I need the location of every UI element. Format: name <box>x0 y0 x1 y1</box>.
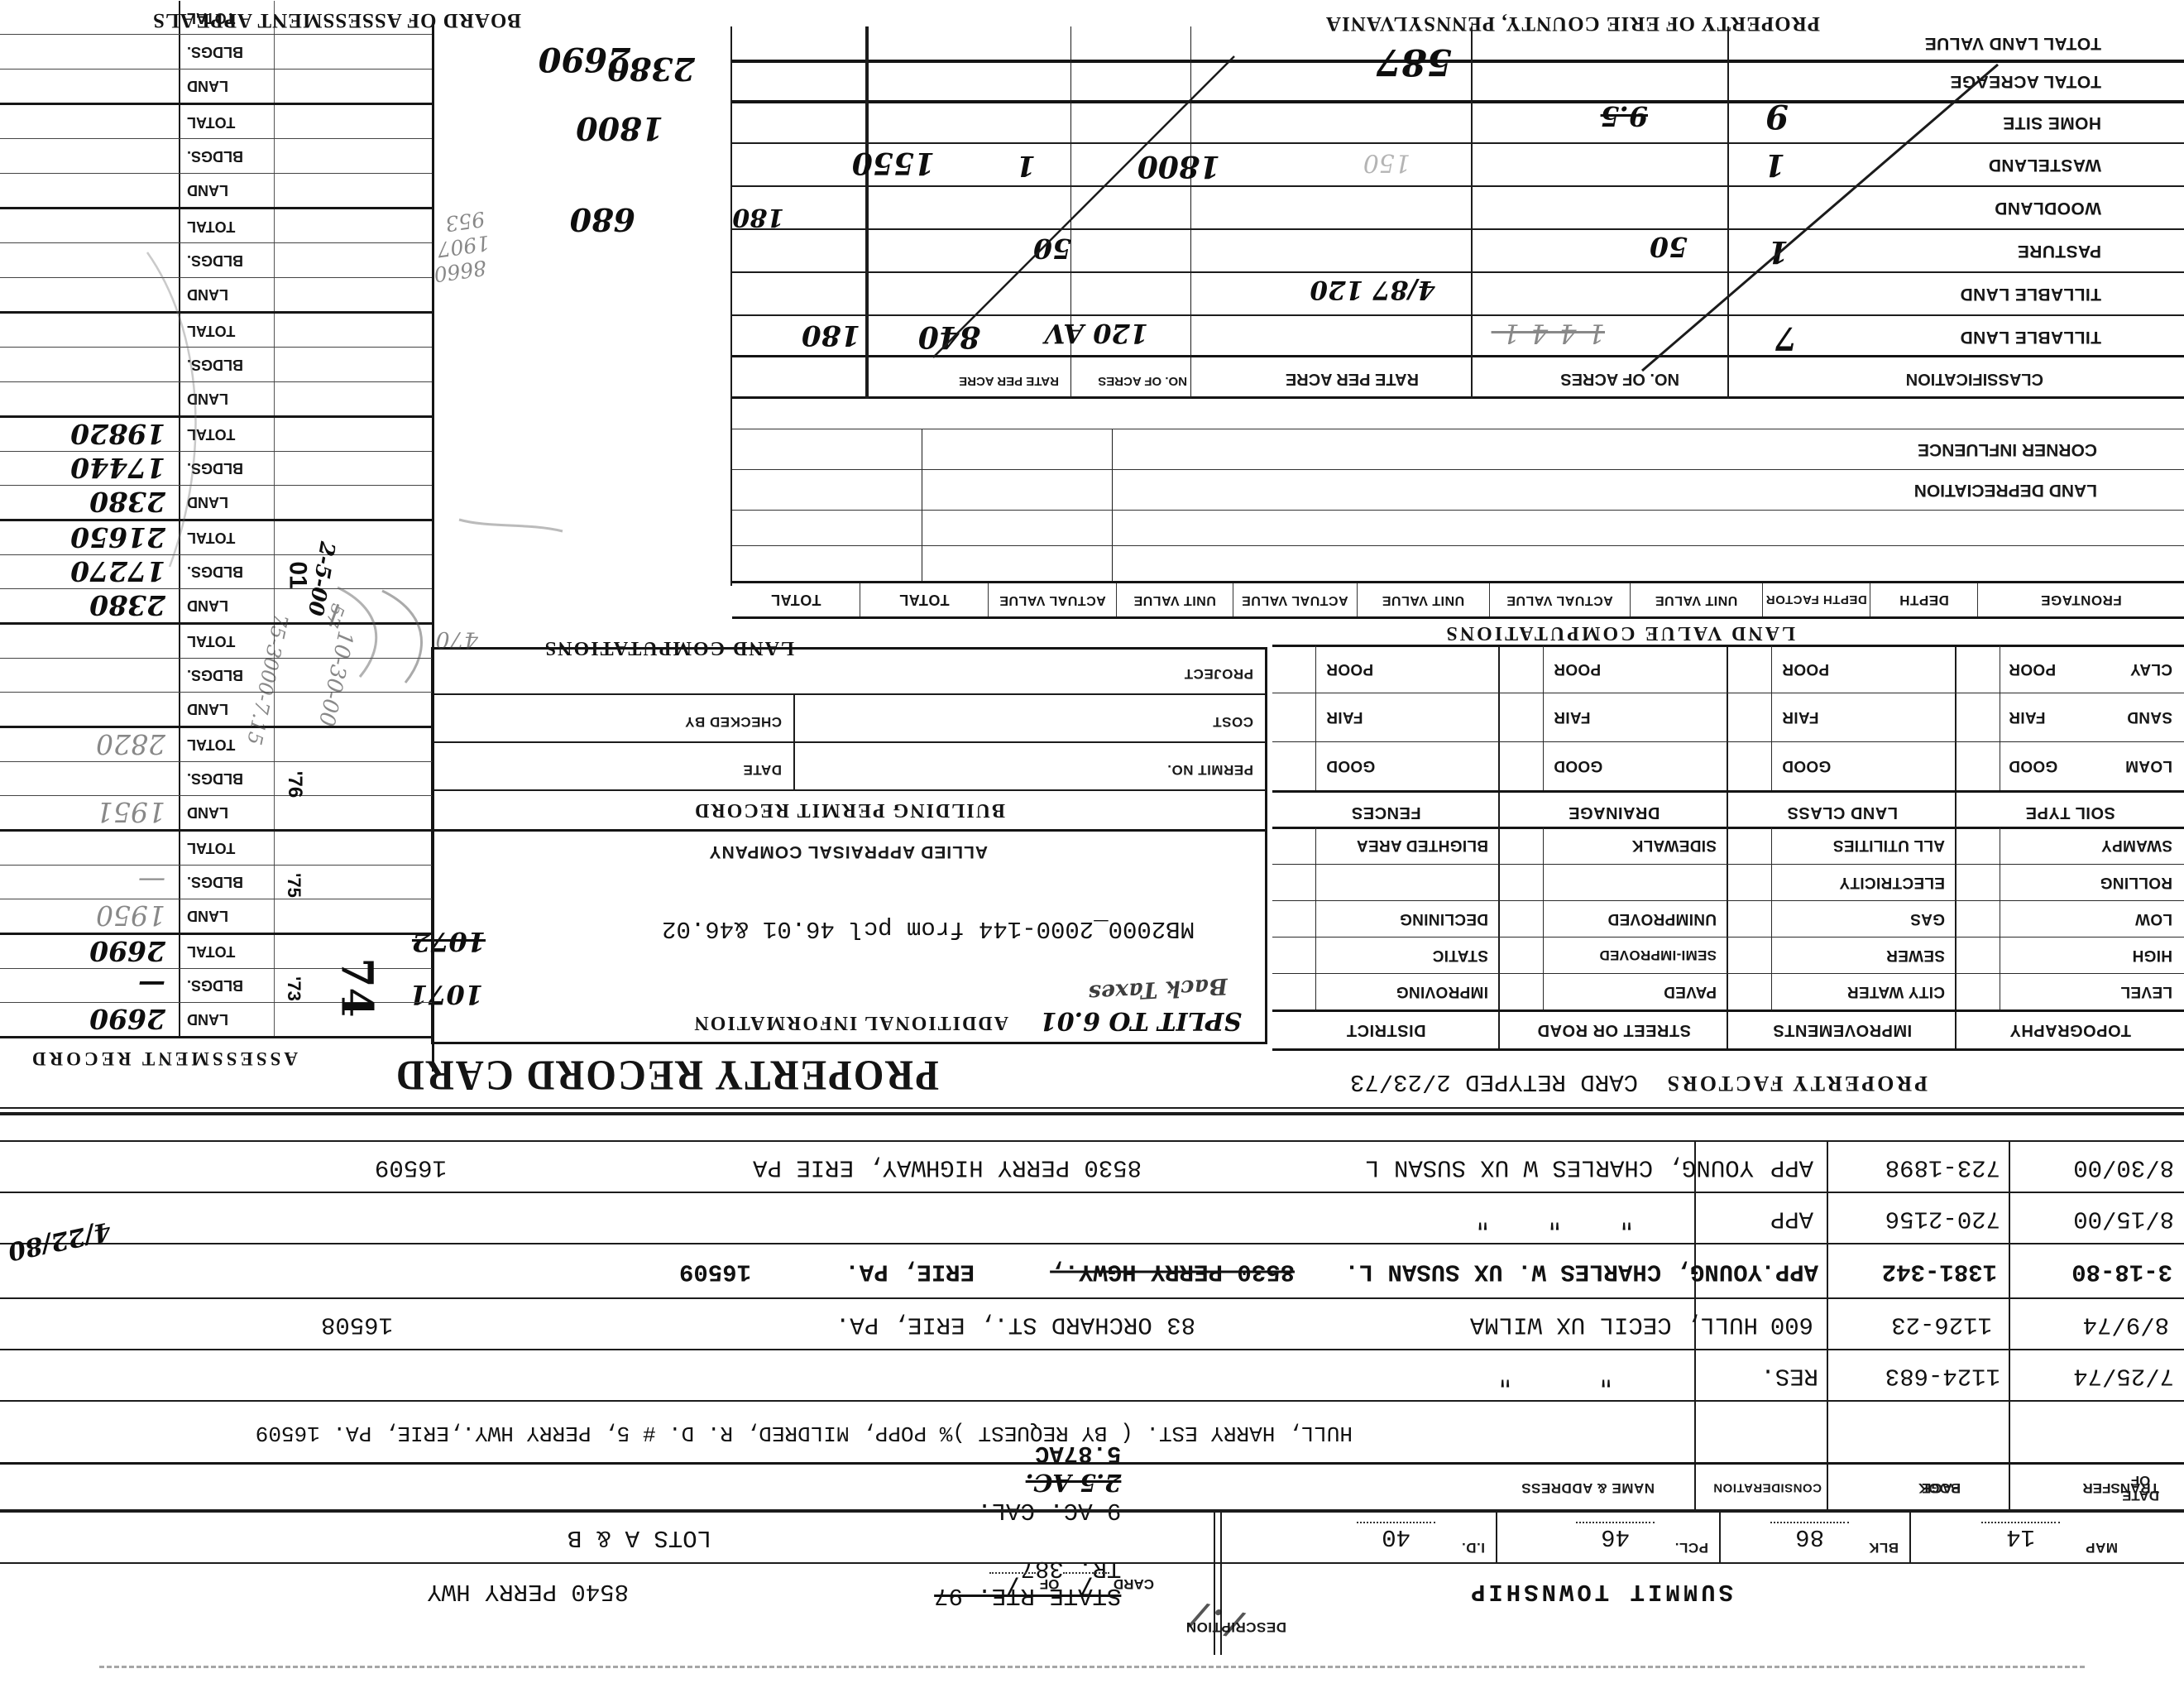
transfer-consideration: 600 <box>1770 1312 1813 1339</box>
permit-checked-by-label: CHECKED BY <box>685 714 782 730</box>
transfer-table: DATE OFTRANSFER BOOKPAGE CONSIDERATION N… <box>0 1105 2184 1511</box>
lvc-h-depth: DEPTH <box>1870 583 1977 616</box>
transfer-h-consideration: CONSIDERATION <box>1713 1481 1822 1495</box>
factor-semi-improved-checkbox <box>1500 938 1544 973</box>
land-class-fair: FAIR <box>1772 710 1956 726</box>
lvc-h-total-2: TOTAL <box>732 583 860 616</box>
lvc-h-frontage: FRONTAGE <box>1977 583 2184 616</box>
pcl-label: PCL. <box>1674 1539 1708 1556</box>
land-value-computations-title: LAND VALUE COMPUTATIONS <box>1444 621 1795 644</box>
building-permit-record-title: BUILDING PERMIT RECORD <box>693 799 1005 822</box>
lvc-h-depth-factor: DEPTH FACTOR <box>1762 583 1870 616</box>
lvc-body-row <box>732 510 2184 545</box>
factor-improving-checkbox <box>1272 974 1316 1009</box>
additional-information-title: ADDITIONAL INFORMATION <box>692 1011 1008 1033</box>
transfer-row: 8/15/00 720-2156 APP " " " <box>0 1192 2184 1244</box>
additional-information-box: SPLIT TO 6.01 ADDITIONAL INFORMATION Bac… <box>431 829 1267 1044</box>
street-header: STREET OR ROAD <box>1500 1009 1728 1048</box>
lots-note: LOTS A & B <box>568 1524 711 1551</box>
assessment-year-01: 01 <box>283 561 311 588</box>
factor-city-water-checkbox <box>1728 974 1772 1009</box>
hw-woodland-acres: 1 <box>1768 234 1789 269</box>
property-record-card: DESCRIPTION STATE RTE. 97 TR. 387 8540 P… <box>0 0 2184 1688</box>
factor-paved: PAVED <box>1544 984 1728 1000</box>
card-retyped-note: CARD RETYPED 2/23/73 <box>1350 1068 1638 1096</box>
drainage-good: GOOD <box>1544 759 1728 774</box>
row-tillable-land-2: TILLABLE LAND <box>732 271 2184 314</box>
parcel-id-row: MAP 14 BLK 86 PCL. 46 I.D. 40 <box>1224 1513 2184 1562</box>
drainage-header: DRAINAGE <box>1500 790 1728 832</box>
hw-homesite-rate2: 1800 <box>1137 149 1220 184</box>
transfer-book: 1124-683 <box>1885 1363 2000 1390</box>
hw-box-1800: 1800 <box>576 110 663 147</box>
assessment-group-76: '76 LAND1951 BLDGS. TOTAL2820 <box>0 726 432 829</box>
transfer-zip: 16509 <box>679 1259 751 1286</box>
assessment-land-value: 1951 <box>0 796 179 829</box>
hw-tillable-rate-struck: 1441 <box>1492 318 1605 349</box>
transfer-book: 1381-342 <box>1882 1259 1997 1286</box>
hw-homesite-acres: 1 <box>1765 147 1785 182</box>
mb2000-typed-line: MB2000_2000-144 from pcl 46.01 &46.02 <box>662 915 1195 942</box>
cursive-note-hw: Back Taxes <box>1088 973 1228 1006</box>
factor-unimproved-checkbox <box>1500 901 1544 937</box>
drainage-fair: FAIR <box>1544 710 1728 726</box>
soil-loam-rating: GOOD <box>2000 759 2096 774</box>
factor-improving: IMPROVING <box>1316 984 1500 1000</box>
hw-total-acres: 9 <box>1765 97 1789 136</box>
soil-table: SOIL TYPE LOAMGOOD SANDFAIR CLAYPOOR LAN… <box>1272 645 2184 832</box>
factor-blighted-area: BLIGHTED AREA <box>1316 838 1500 854</box>
fences-poor: POOR <box>1316 661 1500 677</box>
of-number-hw: / <box>989 1572 1036 1599</box>
factor-sewer-checkbox <box>1728 938 1772 973</box>
card-number-hw: / <box>1063 1572 1109 1599</box>
assessment-year-73: '73 <box>283 976 304 1001</box>
of-label: OF <box>1040 1576 1060 1592</box>
land-class-header: LAND CLASS <box>1728 790 1956 832</box>
assessment-group-01: 01 2-5-00 57 LAND2380 BLDGS.17270 TOTAL2… <box>0 519 432 622</box>
transfer-date: 3-18-80 <box>2071 1259 2172 1286</box>
lvc-h-actual-value-3: ACTUAL VALUE <box>988 583 1116 616</box>
assessment-group-empty: LAND BLDGS. TOTAL <box>0 103 432 207</box>
improvements-column: IMPROVEMENTS CITY WATER SEWER GAS ELECTR… <box>1727 829 1956 1048</box>
transfer-name: YOUNG, CHARLES W UX SUSAN L <box>1365 1154 1754 1182</box>
assessment-total-value <box>0 832 179 865</box>
split-note-hw: SPLIT TO 6.01 <box>1040 1006 1242 1035</box>
id-label: I.D. <box>1462 1539 1485 1556</box>
transfer-address-struck: 8530 PERRY HGWY., <box>1050 1259 1295 1286</box>
class-h-acres-1: NO. OF ACRES <box>1560 369 1679 388</box>
transfer-zip: 16509 <box>375 1154 447 1182</box>
hw-total-land-rate: 587 <box>1376 41 1452 83</box>
improvements-header: IMPROVEMENTS <box>1728 1009 1956 1048</box>
assessment-group-empty: LAND BLDGS. TOTAL <box>0 207 432 311</box>
topography-column: TOPOGRAPHY LEVEL HIGH LOW ROLLING SWAMPY <box>1955 829 2184 1048</box>
transfer-consideration: APP <box>1770 1206 1813 1233</box>
transfer-date: 8/15/00 <box>2073 1206 2174 1233</box>
factor-rolling-checkbox <box>1956 865 2000 900</box>
hw-card-scribble: / . / <box>1188 1596 1245 1646</box>
building-permit-record-box: BUILDING PERMIT RECORD PERMIT NO. DATE C… <box>431 647 1267 832</box>
factor-city-water: CITY WATER <box>1772 984 1956 1000</box>
soil-sand-rating: FAIR <box>2000 710 2096 726</box>
lvc-h-actual-value-1: ACTUAL VALUE <box>1489 583 1630 616</box>
permit-project-label: PROJECT <box>1184 666 1253 682</box>
assessment-year-76: '76 <box>283 771 306 798</box>
factor-low: LOW <box>2000 911 2184 927</box>
land-class-poor: POOR <box>1772 661 1956 677</box>
blk-label: BLK <box>1869 1539 1899 1556</box>
lvc-h-actual-value-2: ACTUAL VALUE <box>1233 583 1357 616</box>
hw-total-acres-struck: 9.5 <box>1601 100 1648 132</box>
transfer-row: 3-18-80 1381-342 APP. YOUNG, CHARLES W. … <box>0 1243 2184 1299</box>
hw-woodland-rate: 50 <box>1650 231 1688 263</box>
land-class-column: LAND CLASS GOOD FAIR POOR <box>1727 647 1956 832</box>
class-h-classification: CLASSIFICATION <box>1906 369 2043 388</box>
factor-level: LEVEL <box>2000 984 2184 1000</box>
factor-high: HIGH <box>2000 947 2184 963</box>
drainage-poor: POOR <box>1544 661 1728 677</box>
hw-homesite-acres2: 1 <box>1016 149 1036 182</box>
transfer-address: 8530 PERRY HIGHWAY, ERIE PA <box>753 1154 1142 1182</box>
soil-loam: LOAM <box>2096 759 2184 774</box>
street-column: STREET OR ROAD PAVED SEMI-IMPROVED UNIMP… <box>1498 829 1728 1048</box>
factor-static: STATIC <box>1316 947 1500 963</box>
factor-electricity: ELECTRICITY <box>1772 875 1956 890</box>
footer-board: BOARD OF ASSESSMENT APPEALS <box>152 8 521 31</box>
class-h-rate-2: RATE PER ACRE <box>959 374 1059 388</box>
district-header: DISTRICT <box>1272 1009 1500 1048</box>
assessment-year-75: '75 <box>283 873 304 898</box>
lvc-h-total-1: TOTAL <box>860 583 988 616</box>
soil-type-header: SOIL TYPE <box>1956 790 2184 832</box>
land-computations-title: LAND COMPUTATIONS <box>544 636 794 659</box>
soil-sand: SAND <box>2096 710 2184 726</box>
factor-swampy: SWAMPY <box>2000 838 2184 854</box>
fences-column: FENCES GOOD FAIR POOR <box>1272 647 1500 832</box>
hw-homesite-val: 1550 <box>852 146 935 180</box>
transfer-address: ERIE, PA. <box>845 1259 975 1286</box>
fences-good: GOOD <box>1316 759 1500 774</box>
assessment-bldgs-value: 17270 <box>0 555 179 588</box>
class-h-rate-1: RATE PER ACRE <box>1286 369 1419 388</box>
transfer-book: 720-2156 <box>1885 1206 2000 1233</box>
assessment-land-value: 1950 <box>0 899 179 933</box>
property-record-card-title: PROPERTY RECORD CARD <box>395 1050 939 1099</box>
factor-electricity-checkbox <box>1728 865 1772 900</box>
factor-declining: DECLINING <box>1316 911 1500 927</box>
lvc-corner-influence-row: CORNER INFLUENCE <box>732 429 2184 469</box>
district-column: DISTRICT IMPROVING STATIC DECLINING BLIG… <box>1272 829 1500 1048</box>
map-value: 14 <box>1981 1522 2060 1551</box>
assessment-land-value: 2380 <box>0 486 179 519</box>
assessment-total-value: 19820 <box>0 418 179 451</box>
transfer-consideration: RES. <box>1760 1363 1818 1390</box>
top-dashed-edge <box>99 1666 2085 1668</box>
factor-blighted-area-checkbox <box>1272 827 1316 864</box>
class-h-acres-2: NO. OF ACRES <box>1098 374 1187 388</box>
assessment-land-value: 2380 <box>0 589 179 622</box>
fences-header: FENCES <box>1272 790 1500 832</box>
transfer-zip: 16508 <box>321 1312 393 1339</box>
map-label: MAP <box>2086 1539 2118 1556</box>
hw-box-680: 680 <box>570 201 635 238</box>
id-value: 40 <box>1357 1522 1435 1551</box>
lvc-h-unit-value-1: UNIT VALUE <box>1630 583 1762 616</box>
assessment-group-75: '75 LAND1950 BLDGS.— TOTAL <box>0 829 432 933</box>
transfer-date: 8/30/00 <box>2073 1154 2174 1182</box>
land-class-good: GOOD <box>1772 759 1956 774</box>
assessment-bldgs-value <box>0 762 179 795</box>
factor-paved-checkbox <box>1500 974 1544 1009</box>
scanned-card-stage: DESCRIPTION STATE RTE. 97 TR. 387 8540 P… <box>0 0 2184 1688</box>
factor-static-checkbox <box>1272 938 1316 973</box>
land-depreciation-label: LAND DEPRECIATION <box>1914 480 2097 500</box>
card-label: CARD <box>1114 1576 1154 1592</box>
hw-homesite-rate-faint: 150 <box>1363 148 1410 177</box>
pcl-value: 46 <box>1576 1522 1655 1551</box>
card-of-field: CARD / OF / <box>989 1572 1154 1599</box>
transfer-row: 7/25/74 1124-683 RES. " " <box>0 1349 2184 1402</box>
fences-fair: FAIR <box>1316 710 1500 726</box>
factor-rolling: ROLLING <box>2000 875 2184 890</box>
blk-value: 86 <box>1770 1522 1849 1551</box>
property-factors-grid: TOPOGRAPHY LEVEL HIGH LOW ROLLING SWAMPY… <box>1272 827 2184 1051</box>
lvc-h-unit-value-2: UNIT VALUE <box>1357 583 1489 616</box>
soil-clay-rating: POOR <box>2000 661 2096 677</box>
transfer-book: 1126-23 <box>1891 1312 1992 1339</box>
transfer-row: HULL, HARRY EST. ( BY REQUEST )% POPP, M… <box>0 1400 2184 1465</box>
permit-date-label: DATE <box>743 762 782 778</box>
assessment-group-empty: LAND BLDGS. TOTAL <box>0 311 432 415</box>
transfer-ditto: " " " <box>1476 1206 1634 1233</box>
transfer-header-row: DATE OFTRANSFER BOOKPAGE CONSIDERATION N… <box>0 1462 2184 1511</box>
permit-no-label: PERMIT NO. <box>1167 762 1253 778</box>
assessment-total-value: 2690 <box>0 935 179 968</box>
row-total-acreage: TOTAL ACREAGE <box>732 60 2184 100</box>
corner-influence-label: CORNER INFLUENCE <box>1918 439 2097 459</box>
factor-level-checkbox <box>1956 974 2000 1009</box>
transfer-row: 8/9/74 1126-23 600 HULL, CECIL UX WILMA … <box>0 1297 2184 1350</box>
factor-high-checkbox <box>1956 938 2000 973</box>
transfer-date: 8/9/74 <box>2083 1312 2169 1339</box>
hw-tillable-acres: 7 <box>1775 320 1797 357</box>
footer-county: PROPERTY OF ERIE COUNTY, PENNSYLVANIA <box>1325 12 1820 35</box>
factor-all-utilities: ALL UTILITIES <box>1772 838 1956 854</box>
factor-all-utilities-checkbox <box>1728 827 1772 864</box>
transfer-consideration: APP. <box>1760 1259 1818 1286</box>
allied-appraisal-company: ALLIED APPRAISAL COMPANY <box>709 842 988 861</box>
factor-declining-checkbox <box>1272 901 1316 937</box>
factor-sidewalk-checkbox <box>1500 827 1544 864</box>
factor-swampy-checkbox <box>1956 827 2000 864</box>
transfer-date: 7/25/74 <box>2073 1363 2174 1390</box>
lvc-body-row <box>732 545 2184 581</box>
row-wasteland: WASTELAND <box>732 142 2184 185</box>
assessment-bldgs-value: 17440 <box>0 452 179 485</box>
transfer-address: 83 ORCHARD ST., ERIE, PA. <box>836 1312 1195 1339</box>
assessment-total-value: 21650 <box>0 521 179 554</box>
hw-tillable-val1: 840 <box>918 319 980 354</box>
lvc-table: FRONTAGE DEPTH DEPTH FACTOR UNIT VALUE A… <box>732 399 2184 619</box>
hw-box-2380: 2380 <box>607 50 695 88</box>
hw-tillable-rate2: 120 AV <box>1045 318 1148 349</box>
hw-woodland-val: 50 <box>1033 233 1071 265</box>
lvc-h-unit-value-3: UNIT VALUE <box>1116 583 1232 616</box>
row-woodland: WOODLAND <box>732 185 2184 228</box>
assessment-total-value: 2820 <box>0 728 179 761</box>
hw-pasture-note: 4/87 120 <box>1310 275 1435 305</box>
factor-gas-checkbox <box>1728 901 1772 937</box>
transfer-name: HULL, CECIL UX WILMA <box>1470 1312 1758 1339</box>
factor-sewer: SEWER <box>1772 947 1956 963</box>
drainage-column: DRAINAGE GOOD FAIR POOR <box>1498 647 1728 832</box>
hw-tillable-val2: 180 <box>802 319 860 352</box>
property-factors-title: PROPERTY FACTORS <box>1665 1071 1928 1096</box>
transfer-consideration: APP <box>1770 1154 1813 1182</box>
soil-clay: CLAY <box>2096 661 2184 677</box>
factor-low-checkbox <box>1956 901 2000 937</box>
transfer-name: HULL, HARRY EST. ( BY REQUEST )% POPP, M… <box>256 1421 1353 1446</box>
transfer-book: 723-1898 <box>1885 1154 2000 1182</box>
factor-gas: GAS <box>1772 911 1956 927</box>
assessment-group-19820: LAND2380 BLDGS.17440 TOTAL19820 <box>0 415 432 519</box>
hw-box-180: 180 <box>732 203 784 232</box>
assessment-land-value: 2690 <box>0 1003 179 1036</box>
hw-box-470: 470 <box>435 626 478 652</box>
permit-cost-label: COST <box>1213 714 1253 730</box>
transfer-name: YOUNG, CHARLES W. UX SUSAN L. <box>1344 1259 1762 1286</box>
soil-type-column: SOIL TYPE LOAMGOOD SANDFAIR CLAYPOOR <box>1955 647 2184 832</box>
transfer-row: 8/30/00 723-1898 APP YOUNG, CHARLES W UX… <box>0 1140 2184 1193</box>
factor-sidewalk: SIDEWALK <box>1544 838 1728 854</box>
row-pasture: PASTURE <box>732 228 2184 271</box>
assessment-record-section: '73 74 LAND2690 BLDGS.— TOTAL2690 '75 LA… <box>0 25 434 1072</box>
assessment-year-74-big: 74 <box>331 957 381 1017</box>
description-address: 8540 PERRY HWY <box>427 1578 629 1605</box>
assessment-group-notes: 10-30-00 75-3000-7.15 LAND BLDGS. TOTAL <box>0 622 432 726</box>
transfer-h-name: NAME & ADDRESS <box>1521 1479 1655 1496</box>
assessment-bldgs-value: — <box>0 969 179 1002</box>
transfer-ditto: " " <box>1498 1363 1613 1390</box>
factor-unimproved: UNIMPROVED <box>1544 911 1728 927</box>
factor-semi-improved: SEMI-IMPROVED <box>1544 948 1728 962</box>
assessment-group-73: '73 74 LAND2690 BLDGS.— TOTAL2690 <box>0 933 432 1038</box>
township: SUMMIT TOWNSHIP <box>1468 1578 1733 1605</box>
row-home-site: HOME SITE <box>732 100 2184 142</box>
lvc-land-depreciation-row: LAND DEPRECIATION <box>732 469 2184 510</box>
topography-header: TOPOGRAPHY <box>1956 1009 2184 1048</box>
assessment-bldgs-value: — <box>0 866 179 899</box>
